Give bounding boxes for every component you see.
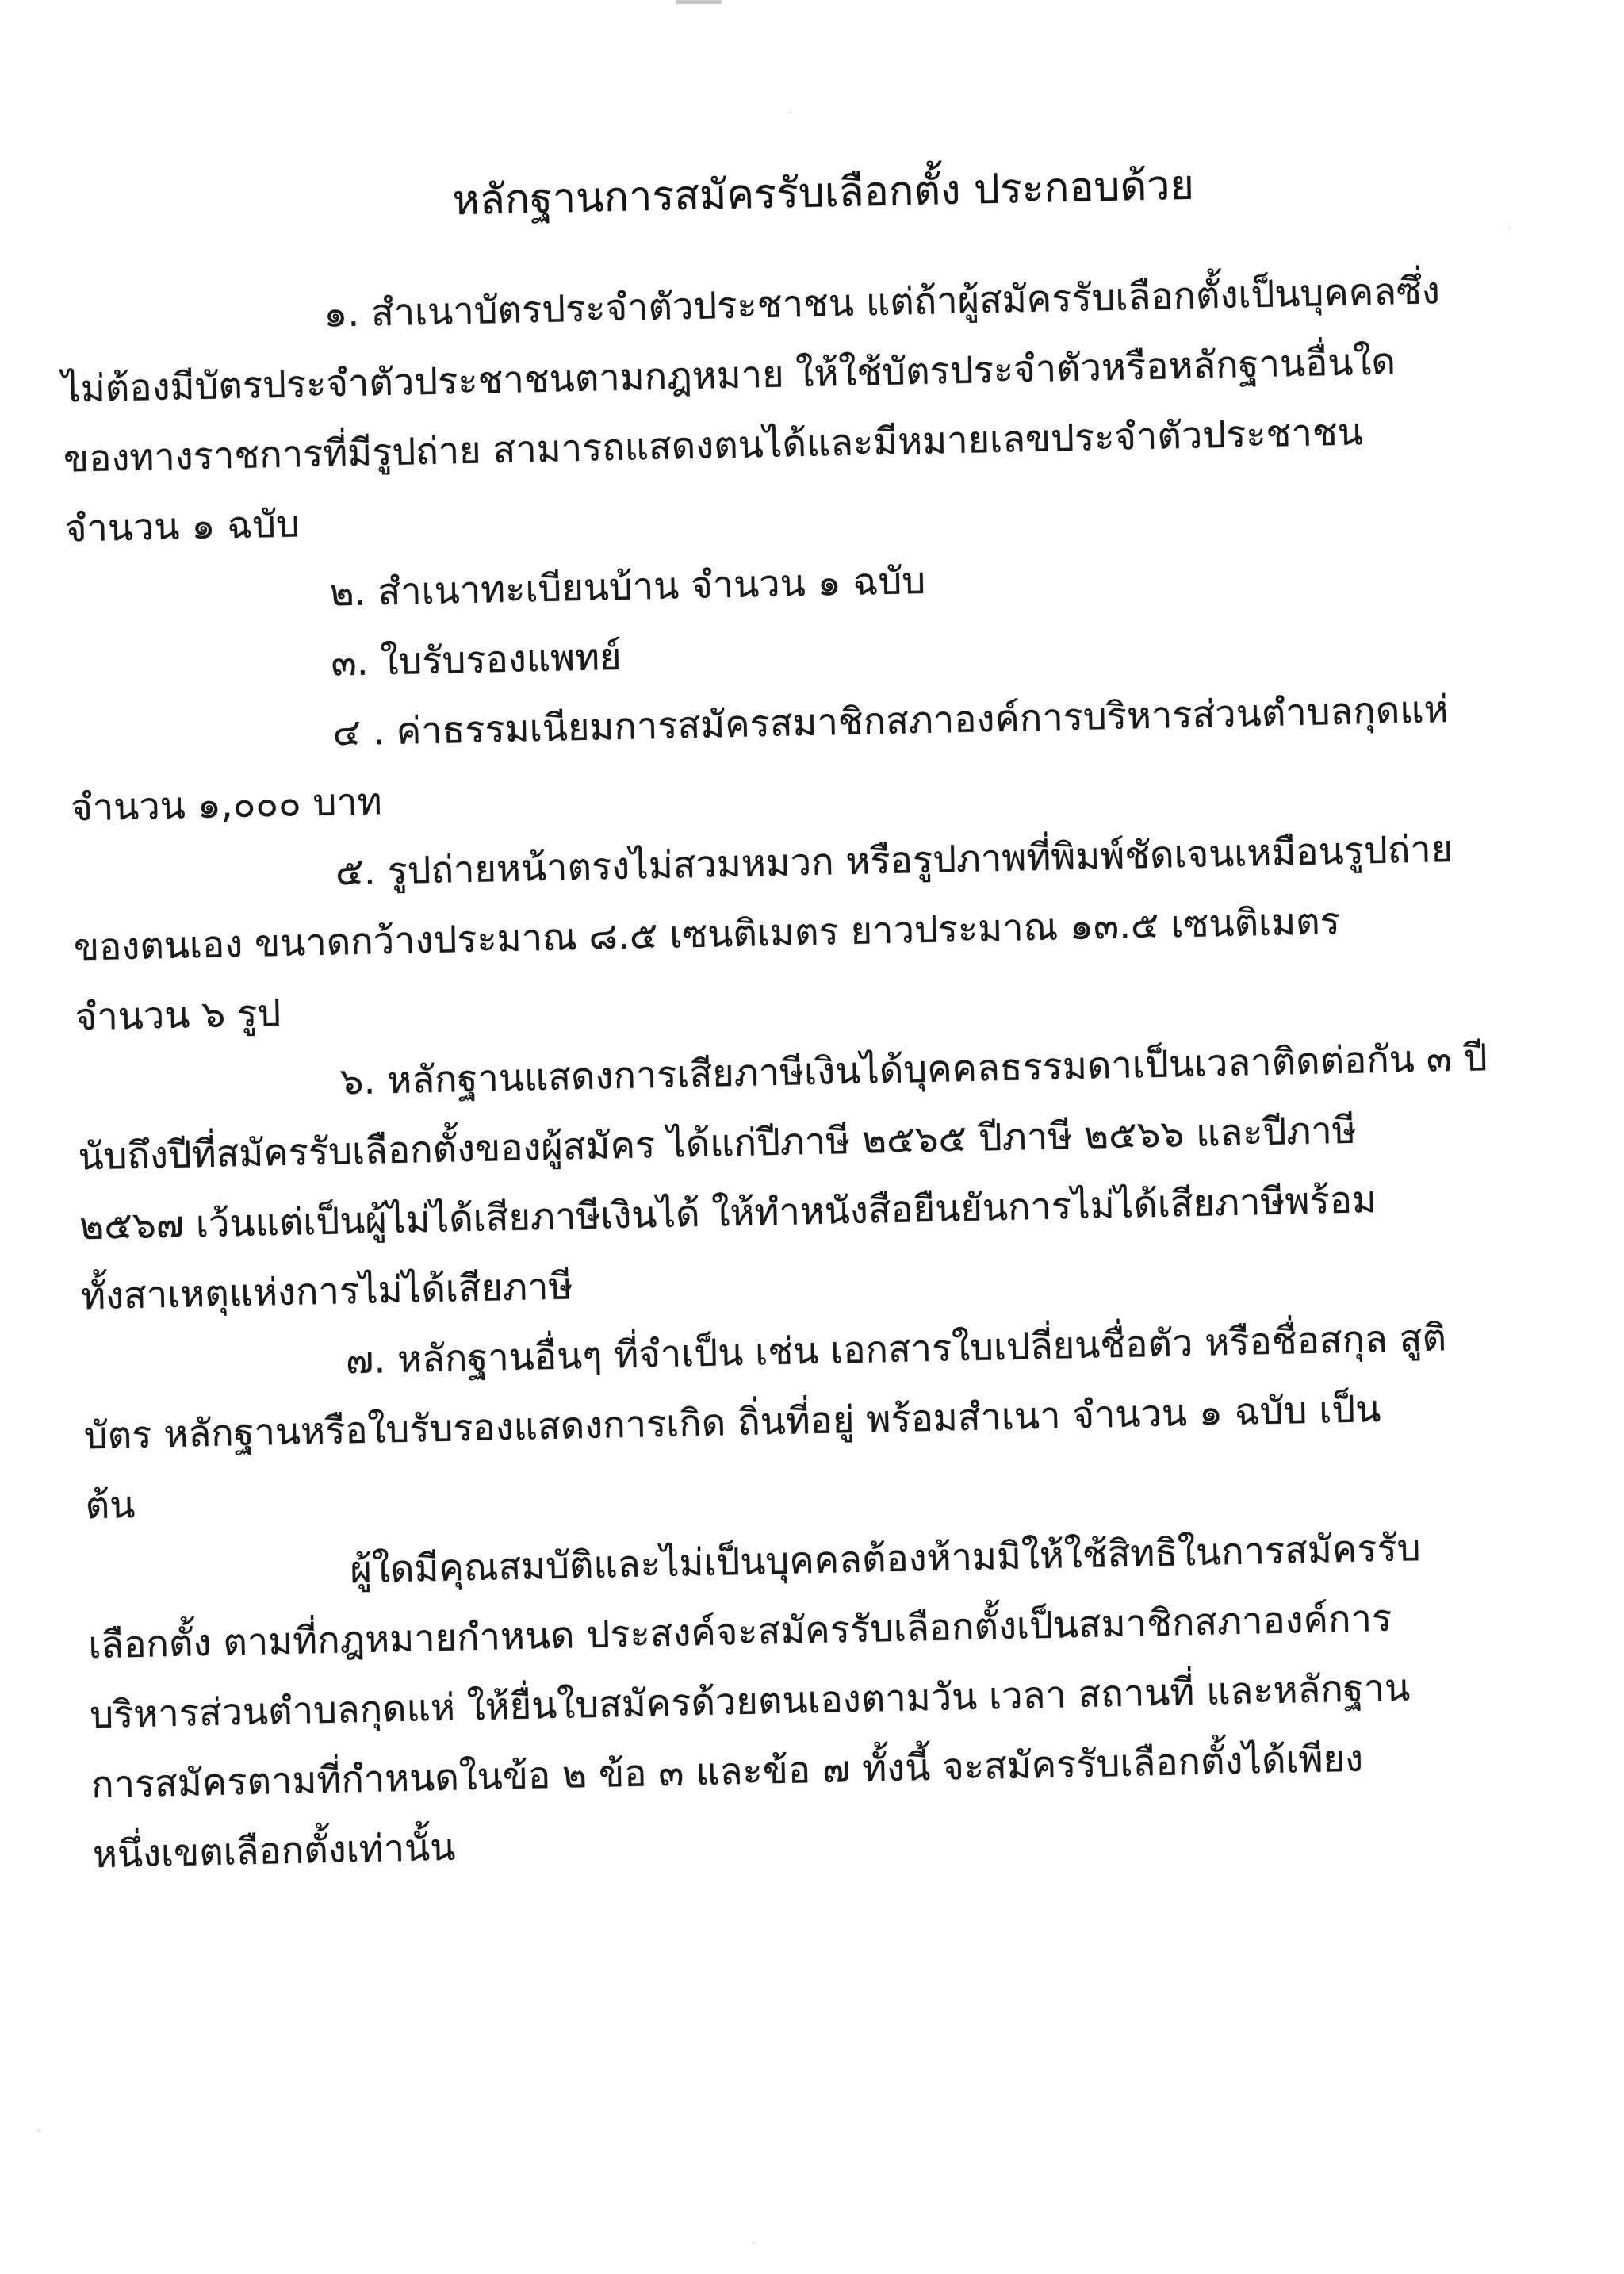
scan-speck: [788, 111, 792, 114]
scan-speck: [752, 2241, 756, 2245]
scan-speck: [36, 2129, 41, 2133]
scan-smudge: [676, 0, 722, 4]
document-title: หลักฐานการสมัครรับเลือกตั้ง ประกอบด้วย: [113, 144, 1534, 243]
document-content: หลักฐานการสมัครรับเลือกตั้ง ประกอบด้วย ๑…: [58, 144, 1568, 1890]
document-page: หลักฐานการสมัครรับเลือกตั้ง ประกอบด้วย ๑…: [0, 0, 1624, 2274]
